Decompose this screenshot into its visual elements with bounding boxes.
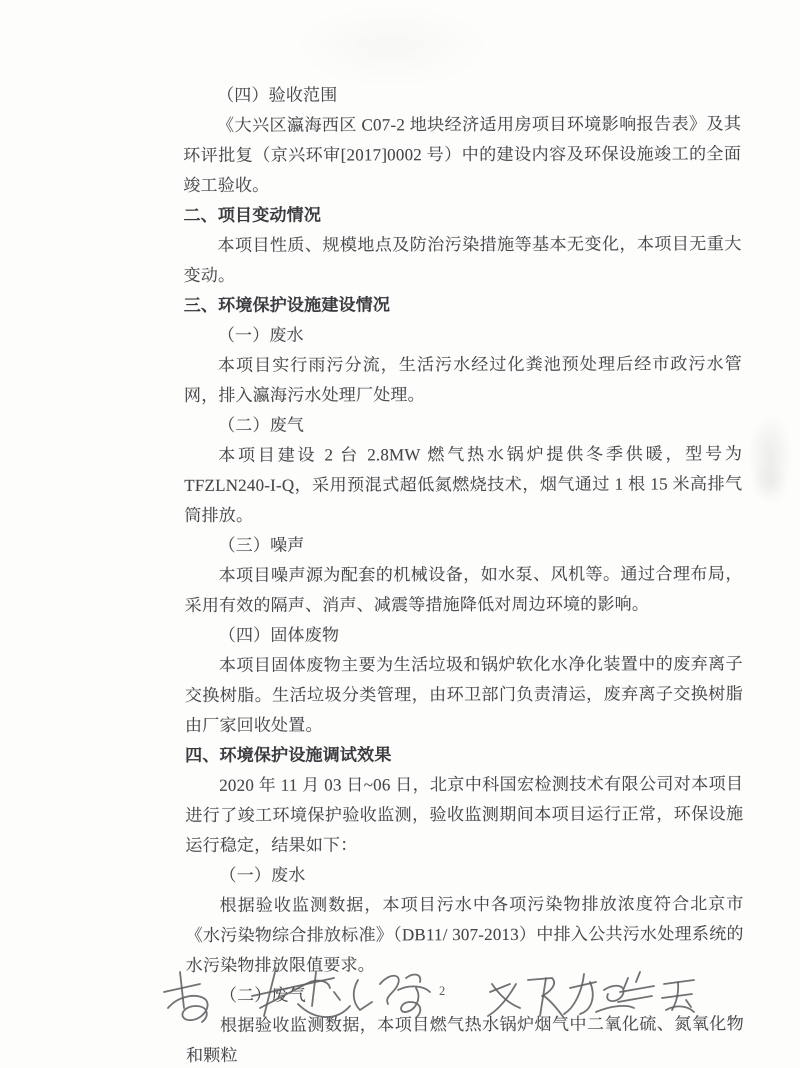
paragraph: 本项目实行雨污分流，生活污水经过化粪池预处理后经市政污水管网，排入瀛海污水处理厂… <box>184 349 742 411</box>
signature-2 <box>252 968 350 1017</box>
paragraph: 《大兴区瀛海西区 C07-2 地块经济适用房项目环境影响报告表》及其环评批复（京… <box>183 109 741 201</box>
paragraph: （一）废水 <box>185 859 743 891</box>
signature-1 <box>164 972 208 1022</box>
paragraph: （三）噪声 <box>184 529 742 561</box>
paragraph: 本项目建设 2 台 2.8MW 燃气热水锅炉提供冬季供暖，型号为 TFZLN24… <box>184 439 742 531</box>
scanned-page: （四）验收范围《大兴区瀛海西区 C07-2 地块经济适用房项目环境影响报告表》及… <box>0 0 800 1068</box>
paragraph: （四）固体废物 <box>185 619 743 651</box>
paragraph: 本项目性质、规模地点及防治污染措施等基本无变化，本项目无重大变动。 <box>183 229 741 291</box>
paragraph: （二）废气 <box>184 409 742 441</box>
signature-4 <box>488 974 634 1018</box>
paragraph: 本项目噪声源为配套的机械设备，如水泵、风机等。通过合理布局，采用有效的隔声、消声… <box>185 559 743 621</box>
paragraph: （四）验收范围 <box>183 79 741 111</box>
signature-row <box>148 956 714 1048</box>
document-body: （四）验收范围《大兴区瀛海西区 C07-2 地块经济适用房项目环境影响报告表》及… <box>183 79 744 1068</box>
section-heading: 三、环境保护设施建设情况 <box>184 289 742 321</box>
page-number: 2 <box>439 984 445 999</box>
section-heading: 二、项目变动情况 <box>183 199 741 231</box>
signature-3 <box>354 975 430 1018</box>
scan-smudge <box>744 452 796 512</box>
paragraph: （一）废水 <box>184 319 742 351</box>
signatures <box>148 956 714 1048</box>
paragraph: 2020 年 11 月 03 日~06 日，北京中科国宏检测技术有限公司对本项目… <box>185 769 743 861</box>
section-heading: 四、环境保护设施调试效果 <box>185 739 743 771</box>
paragraph: 本项目固体废物主要为生活垃圾和锅炉软化水净化装置中的废弃离子交换树脂。生活垃圾分… <box>185 649 743 741</box>
